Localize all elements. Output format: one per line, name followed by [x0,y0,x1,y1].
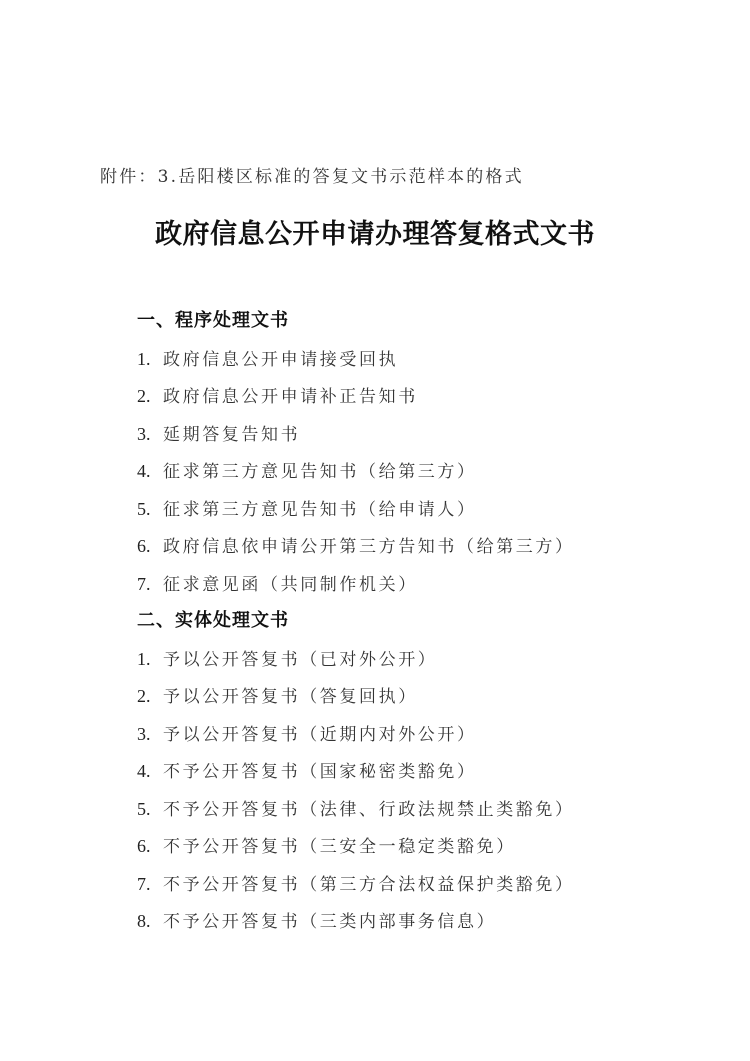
item-text: 征求第三方意见告知书（给第三方） [163,462,477,482]
item-number: 5. [137,494,163,524]
attachment-line: 附件：3.岳阳楼区标准的答复文书示范样本的格式 [100,162,524,187]
item-number: 1. [137,344,163,374]
list-item: 4.征求第三方意见告知书（给第三方） [137,456,575,494]
item-text: 政府信息公开申请补正告知书 [163,387,418,407]
section-substantive: 二、实体处理文书 1.予以公开答复书（已对外公开） 2.予以公开答复书（答复回执… [137,606,575,944]
list-item: 7.征求意见函（共同制作机关） [137,569,575,607]
item-number: 7. [137,569,163,599]
item-text: 不予公开答复书（第三方合法权益保护类豁免） [163,875,575,895]
item-number: 7. [137,869,163,899]
section-heading: 一、程序处理文书 [137,306,575,344]
item-number: 3. [137,719,163,749]
item-text: 予以公开答复书（已对外公开） [163,650,437,670]
item-text: 予以公开答复书（答复回执） [163,687,418,707]
item-text: 不予公开答复书（三安全一稳定类豁免） [163,837,516,857]
document-body: 一、程序处理文书 1.政府信息公开申请接受回执 2.政府信息公开申请补正告知书 … [137,306,575,944]
item-number: 6. [137,531,163,561]
list-item: 3.延期答复告知书 [137,419,575,457]
list-item: 5.征求第三方意见告知书（给申请人） [137,494,575,532]
item-number: 1. [137,644,163,674]
list-item: 2.政府信息公开申请补正告知书 [137,381,575,419]
item-text: 政府信息依申请公开第三方告知书（给第三方） [163,537,575,557]
item-text: 征求第三方意见告知书（给申请人） [163,500,477,520]
item-number: 4. [137,756,163,786]
section-procedural: 一、程序处理文书 1.政府信息公开申请接受回执 2.政府信息公开申请补正告知书 … [137,306,575,606]
list-item: 1.政府信息公开申请接受回执 [137,344,575,382]
list-item: 6.政府信息依申请公开第三方告知书（给第三方） [137,531,575,569]
item-number: 5. [137,794,163,824]
item-number: 2. [137,381,163,411]
list-item: 6.不予公开答复书（三安全一稳定类豁免） [137,831,575,869]
item-text: 不予公开答复书（国家秘密类豁免） [163,762,477,782]
item-number: 4. [137,456,163,486]
item-text: 不予公开答复书（三类内部事务信息） [163,912,496,932]
document-title: 政府信息公开申请办理答复格式文书 [0,212,750,251]
list-item: 2.予以公开答复书（答复回执） [137,681,575,719]
list-item: 4.不予公开答复书（国家秘密类豁免） [137,756,575,794]
list-item: 8.不予公开答复书（三类内部事务信息） [137,906,575,944]
list-item: 3.予以公开答复书（近期内对外公开） [137,719,575,757]
item-text: 予以公开答复书（近期内对外公开） [163,725,477,745]
item-number: 2. [137,681,163,711]
item-text: 延期答复告知书 [163,425,300,445]
item-text: 不予公开答复书（法律、行政法规禁止类豁免） [163,800,575,820]
section-heading: 二、实体处理文书 [137,606,575,644]
list-item: 1.予以公开答复书（已对外公开） [137,644,575,682]
list-item: 5.不予公开答复书（法律、行政法规禁止类豁免） [137,794,575,832]
item-number: 3. [137,419,163,449]
item-text: 征求意见函（共同制作机关） [163,575,418,595]
item-text: 政府信息公开申请接受回执 [163,350,398,370]
list-item: 7.不予公开答复书（第三方合法权益保护类豁免） [137,869,575,907]
item-number: 6. [137,831,163,861]
item-number: 8. [137,906,163,936]
